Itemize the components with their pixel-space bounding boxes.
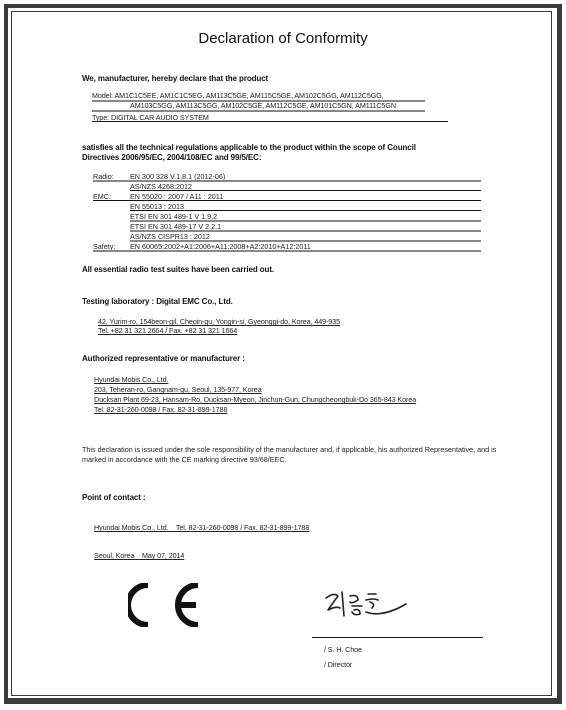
representative-address-2: Ducksan Plant 69-23, Hansam-Ro, Ducksan-… bbox=[94, 395, 416, 404]
contact-line: Hyundai Mobis Co., Ltd. Tel. 82-31-260-0… bbox=[94, 523, 309, 532]
representative-phone: Tel. 82-31-260-0098 / Fax. 82-31-899-178… bbox=[94, 405, 227, 414]
type-rule bbox=[92, 121, 448, 122]
signature-icon bbox=[322, 586, 412, 622]
testing-lab-heading: Testing laboratory : Digital EMC Co., Lt… bbox=[82, 297, 233, 306]
model-line-2: AM103C5GG, AM113C5GG, AM102C5GE, AM112C5… bbox=[130, 101, 396, 110]
signatory-position: / Director bbox=[324, 660, 352, 669]
responsibility-statement: This declaration is issued under the sol… bbox=[82, 445, 502, 464]
representative-company: Hyundai Mobis Co., Ltd. bbox=[94, 375, 168, 384]
contact-heading: Point of contact : bbox=[82, 493, 146, 502]
directives-line-2: Directives 2006/95/EC, 2004/108/EC and 9… bbox=[82, 153, 261, 162]
signatory-name: / S. H. Choe bbox=[324, 645, 362, 654]
ce-mark-icon bbox=[128, 583, 208, 627]
signature-line bbox=[312, 637, 483, 638]
place-and-date: Seoul, Korea May 07, 2014 bbox=[94, 551, 184, 560]
standard-rule bbox=[130, 190, 481, 191]
directives-line-1: satisfies all the technical regulations … bbox=[82, 143, 416, 152]
testing-lab-address: 42, Yurim-ro, 154beon-gil, Cheoin-gu, Yo… bbox=[98, 317, 340, 326]
representative-heading: Authorized representative or manufacture… bbox=[82, 354, 245, 363]
testing-lab-phone: Tel. +82 31 321 2664 / Fax. +82 31 321 1… bbox=[98, 326, 237, 335]
document-title: Declaration of Conformity bbox=[0, 30, 566, 47]
intro-statement: We, manufacturer, hereby declare that th… bbox=[82, 74, 268, 83]
model-rule-2 bbox=[92, 110, 425, 112]
standard-rule bbox=[93, 200, 481, 201]
model-line-1: Model: AM1C1C5EE, AM1C1C5EG, AM113C5GE, … bbox=[92, 91, 384, 100]
representative-address-1: 203, Teheran-ro, Gangnam-gu, Seoul, 135-… bbox=[94, 385, 261, 394]
standard-rule bbox=[93, 250, 481, 252]
standard-rule bbox=[130, 210, 481, 211]
radio-tests-statement: All essential radio test suites have bee… bbox=[82, 265, 274, 274]
